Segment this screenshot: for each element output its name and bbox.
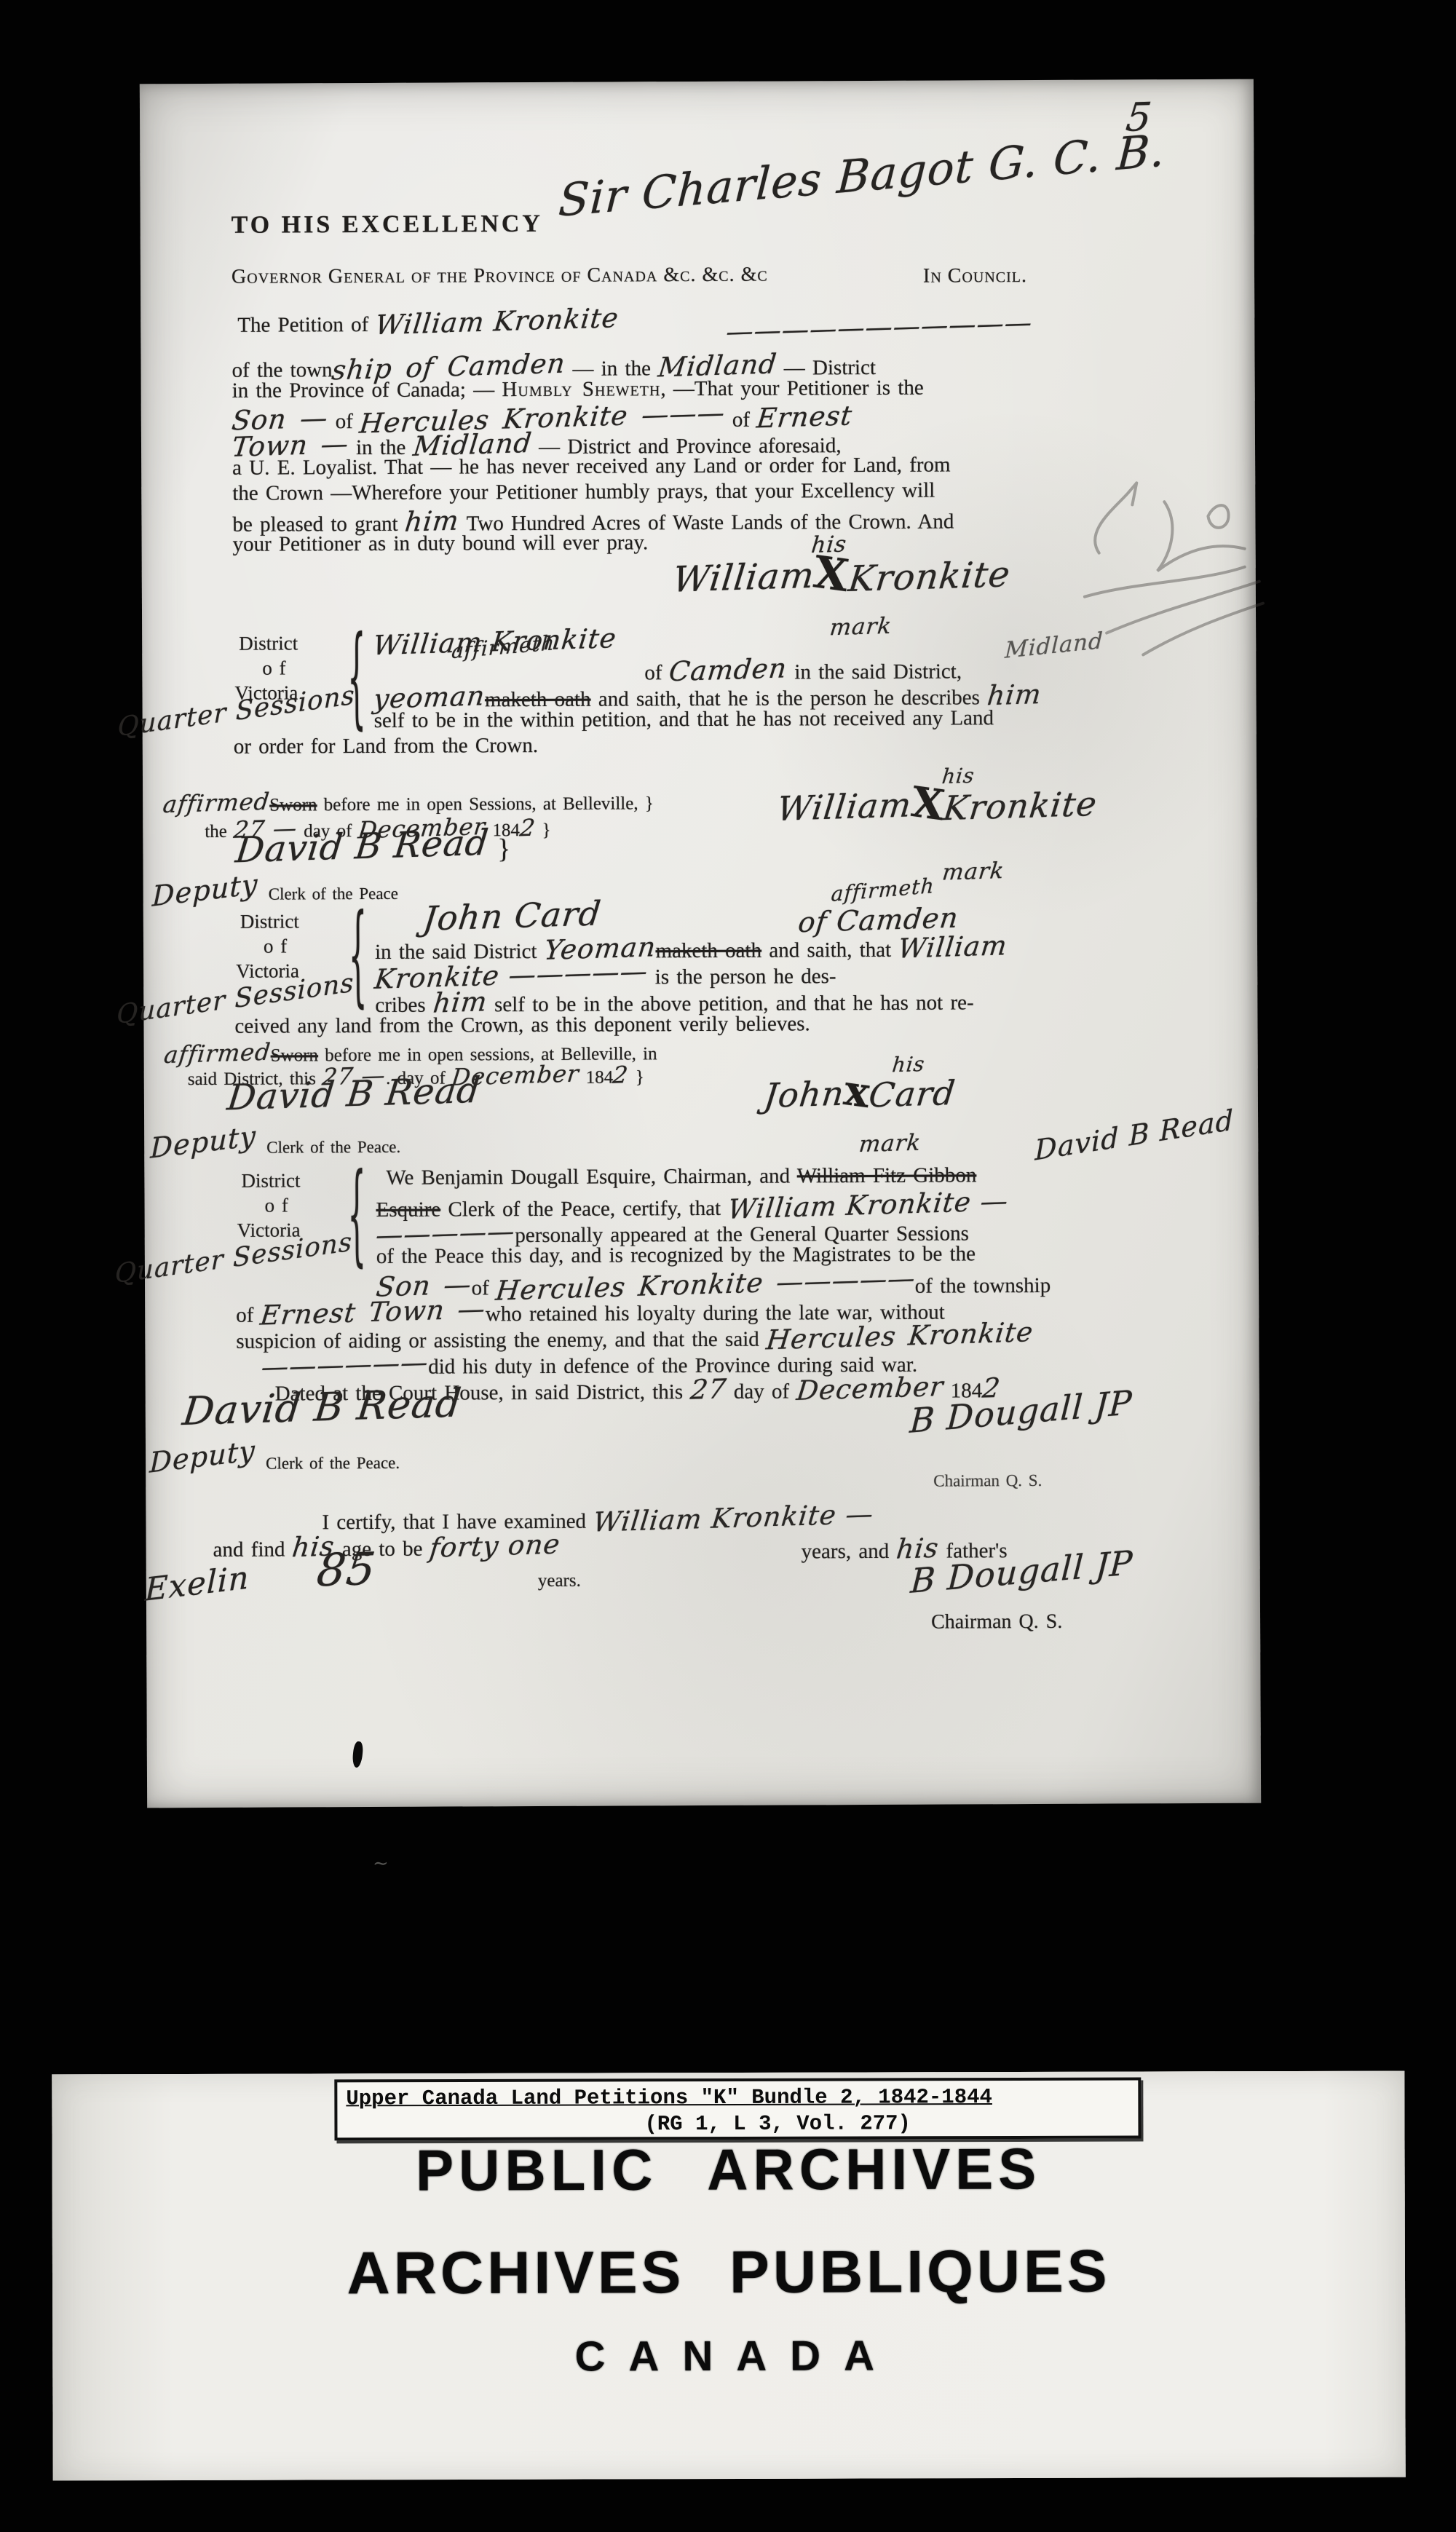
printed-text: the Crown —Wherefore your Petitioner hum…	[232, 479, 935, 505]
brace: {	[344, 1160, 368, 1199]
printed-text: in the said District,	[787, 660, 962, 684]
printed-text: William Fitz Gibbon	[797, 1163, 977, 1187]
body-line: your Petitioner as in duty bound will ev…	[233, 532, 649, 555]
deputy-handwritten: Deputy	[149, 1124, 258, 1162]
margin-note-quarter-sessions: Quarter Sessions	[114, 1233, 354, 1284]
handwritten-text: ——————	[260, 1349, 430, 1381]
printed-text: years.	[538, 1571, 581, 1591]
handwritten-text: affirmed	[163, 1040, 272, 1067]
printed-text: or order for Land from the Crown.	[234, 734, 538, 759]
printed-text: your Petitioner as in duty bound will ev…	[233, 531, 649, 555]
printed-text: District	[239, 632, 298, 654]
petition-of-line: The Petition of William Kronkite	[237, 307, 618, 336]
printed-text: o f	[264, 935, 287, 957]
document-lines: 5TO HIS EXCELLENCYSir Charles Bagot G. C…	[140, 79, 1254, 84]
handwritten-text: William	[775, 788, 913, 826]
governor-line: Governor General of the Province of Cana…	[232, 265, 768, 288]
in-council: In Council.	[923, 266, 1027, 287]
deponent-signature: John x Card	[764, 1070, 955, 1113]
printed-text: of	[644, 661, 670, 684]
examination-line: and find his age to be forty one	[213, 1532, 561, 1561]
chairman-title: Chairman Q. S.	[933, 1472, 1042, 1489]
handwritten-text: him	[986, 681, 1042, 709]
printed-text: Sworn	[271, 1045, 318, 1065]
affidavit-line: or order for Land from the Crown.	[234, 735, 538, 758]
handwritten-text: forty one	[428, 1531, 561, 1562]
handwritten-text: 2	[518, 816, 537, 840]
district-label: District	[241, 1171, 300, 1190]
handwritten-text: William	[671, 558, 816, 598]
handwritten-text: William Kronkite	[374, 304, 620, 339]
printed-text: before me in open Sessions, at Bellevill…	[317, 794, 653, 815]
printed-text: , —That your Petitioner is the	[660, 376, 923, 401]
handwritten-text: Card	[867, 1076, 957, 1112]
printed-text: of the township	[915, 1274, 1051, 1298]
handwritten-text: Ernest	[756, 402, 854, 432]
margin-note: Exelin	[143, 1564, 250, 1606]
signature-mark: mark	[859, 1133, 921, 1155]
printed-text: }	[535, 820, 550, 840]
banner-title-french: ARCHIVES PUBLIQUES	[52, 2237, 1405, 2309]
printed-text: Chairman Q. S.	[931, 1610, 1062, 1634]
deponent-name: John Card	[424, 899, 601, 933]
printed-text: Clerk of the Peace	[269, 885, 398, 903]
affidavit-insert: affirmeth	[451, 634, 555, 660]
printed-text: ceived any land from the Crown, as this …	[234, 1012, 810, 1037]
body-line: in the Province of Canada; — Humbly Shew…	[232, 378, 924, 402]
printed-text: of	[725, 408, 758, 432]
printed-text: day of	[727, 1380, 797, 1403]
printed-text: o f	[264, 1194, 288, 1216]
handwritten-text: 85	[314, 1547, 378, 1594]
handwritten-text: Deputy	[151, 871, 258, 911]
petitioner-signature: William XKronkite	[778, 783, 1097, 826]
printed-text: We Benjamin Dougall Esquire, Chairman, a…	[386, 1164, 797, 1189]
jurat-line: affirmed Sworn before me in open session…	[165, 1040, 657, 1065]
examination-line: I certify, that I have examined William …	[322, 1504, 873, 1533]
brace: {	[346, 901, 370, 940]
district-label: District	[239, 633, 298, 653]
clerk-signature: David B Read	[183, 1387, 462, 1427]
printed-text: {	[347, 623, 365, 733]
clerk-title: Clerk of the Peace.	[266, 1455, 400, 1472]
printed-text: }	[629, 1067, 644, 1087]
body-line: a U. E. Loyalist. That — he has never re…	[232, 454, 951, 478]
clerk-signature: David B Read }	[236, 828, 510, 865]
handwritten-text: mark	[941, 860, 1005, 884]
certification-line: suspicion of aiding or assisting the ene…	[236, 1322, 1032, 1353]
printed-text: a U. E. Loyalist. That — he has never re…	[232, 453, 951, 479]
diagonal-signature: David B Read	[1033, 1109, 1236, 1163]
affidavit-line: Kronkite ————— is the person he des-	[375, 960, 836, 989]
body-line: the Crown —Wherefore your Petitioner hum…	[232, 480, 935, 505]
district-label: o f	[265, 1195, 288, 1215]
jurat-line: affirmed Sworn before me in open Session…	[163, 789, 654, 815]
handwritten-text: John Card	[422, 896, 603, 935]
affidavit-line: of Camden in the said District,	[644, 655, 962, 684]
signature-mark: mark	[943, 861, 1005, 883]
handwritten-text: Quarter Sessions	[115, 1230, 352, 1288]
banner-title-english: PUBLIC ARCHIVES	[52, 2135, 1405, 2206]
printed-text: years, and	[802, 1540, 897, 1564]
handwritten-text: William Kronkite —	[592, 1500, 875, 1536]
pencil-scribbles	[1055, 472, 1267, 677]
salutation-printed: TO HIS EXCELLENCY	[232, 212, 543, 238]
handwritten-text: Deputy	[150, 1123, 256, 1163]
deputy-handwritten: Deputy	[151, 872, 259, 910]
printed-text: TO HIS EXCELLENCY	[232, 210, 543, 239]
petition-document-page: 5TO HIS EXCELLENCYSir Charles Bagot G. C…	[140, 79, 1261, 1808]
printed-text: Humbly Sheweth	[502, 377, 660, 401]
affidavit-line: self to be in the within petition, and t…	[374, 708, 994, 732]
handwritten-text: David B Read	[181, 1383, 464, 1431]
printed-text: Governor General of the Province of Cana…	[232, 264, 768, 288]
district-label: o f	[264, 936, 287, 956]
addressee-handwritten: Sir Charles Bagot G. C. B.	[558, 136, 1166, 215]
handwritten-text: X	[909, 781, 946, 827]
printed-text: is the person he des-	[647, 965, 836, 989]
banner-title-country: CANADA	[52, 2330, 1405, 2383]
ink-blot	[352, 1741, 364, 1768]
printed-text: Clerk of the Peace.	[266, 1138, 400, 1157]
handwritten-text: David B Read	[234, 826, 491, 869]
printed-text: The Petition of	[237, 313, 376, 337]
handwritten-text: David B Read	[226, 1073, 483, 1116]
petitioner-signature: William X Kronkite	[673, 552, 1010, 598]
printed-text: and saith, that	[761, 938, 899, 962]
printed-text: }	[488, 834, 511, 864]
signature-mark: mark	[830, 616, 892, 638]
printed-text: District	[241, 1169, 300, 1191]
collection-label-box: Upper Canada Land Petitions "K" Bundle 2…	[334, 2078, 1141, 2141]
handwritten-text: David B Read	[1034, 1107, 1234, 1166]
printed-text: o f	[262, 657, 285, 679]
handwritten-text: 27	[689, 1375, 727, 1404]
handwritten-text: his	[895, 1535, 940, 1563]
handwritten-text: Kronkite	[846, 557, 1012, 597]
affidavit-line: ceived any land from the Crown, as this …	[234, 1013, 810, 1037]
affidavit-line: of Camden	[799, 906, 958, 935]
handwritten-text: mark	[858, 1132, 922, 1156]
deputy-handwritten: Deputy	[149, 1439, 257, 1476]
chairman-title: Chairman Q. S.	[931, 1612, 1062, 1633]
affidavit-line: cribes him self to be in the above petit…	[375, 986, 973, 1016]
printed-text: Chairman Q. S.	[933, 1471, 1042, 1490]
printed-text: maketh oath	[655, 939, 761, 963]
handwritten-text: William	[897, 932, 1009, 962]
clerk-title: Clerk of the Peace.	[266, 1139, 400, 1156]
brace: {	[344, 623, 368, 662]
clerk-title: Clerk of the Peace	[269, 885, 398, 903]
district-label: o f	[262, 658, 285, 678]
collection-label-title: Upper Canada Land Petitions "K" Bundle 2…	[346, 2084, 1129, 2113]
handwritten-text: him	[432, 988, 488, 1016]
handwritten-text: affirmed	[162, 790, 271, 816]
printed-text: 184	[579, 1068, 613, 1088]
affidavit-insert: affirmeth	[831, 877, 935, 903]
handwritten-text: mark	[828, 615, 893, 639]
printed-text: District	[240, 910, 299, 932]
printed-text: Sworn	[269, 795, 317, 815]
handwritten-text: Deputy	[149, 1437, 256, 1478]
name-rule: ———————————	[727, 313, 1032, 341]
clerk-signature: David B Read	[228, 1076, 480, 1112]
examination-line: years.	[538, 1572, 581, 1590]
printed-text: of	[236, 1304, 261, 1327]
handwritten-text: Camden	[668, 654, 788, 685]
handwritten-text: Exelin	[145, 1562, 250, 1607]
printed-text: self to be in the within petition, and t…	[374, 706, 994, 732]
district-label: District	[240, 911, 299, 931]
microfilm-scan: { "page": { "background_color": "#020202…	[0, 0, 1456, 2532]
handwritten-text: Kronkite	[942, 787, 1099, 826]
printed-text: Clerk of the Peace.	[266, 1454, 400, 1473]
handwritten-text: affirmeth	[831, 876, 935, 905]
handwritten-text: Sir Charles Bagot G. C. B.	[558, 128, 1167, 223]
handwritten-text: 2	[612, 1063, 630, 1087]
printed-text: in the Province of Canada; —	[232, 378, 502, 403]
printed-text: the	[205, 822, 234, 842]
handwritten-text: John	[762, 1077, 846, 1112]
handwritten-text: X	[811, 550, 851, 599]
printed-text: and find	[213, 1538, 293, 1561]
affidavit-line: in the said District Yeoman maketh oath …	[375, 933, 1008, 963]
father-age: 85	[317, 1548, 376, 1593]
collection-label-reference: (RG 1, L 3, Vol. 277)	[346, 2110, 1129, 2139]
certification-line: We Benjamin Dougall Esquire, Chairman, a…	[386, 1165, 976, 1189]
archives-banner: Upper Canada Land Petitions "K" Bundle 2…	[52, 2071, 1405, 2481]
handwritten-text: ———————————	[725, 309, 1034, 346]
printed-text: In Council.	[923, 264, 1027, 288]
film-artifact: ∼	[373, 1853, 389, 1875]
